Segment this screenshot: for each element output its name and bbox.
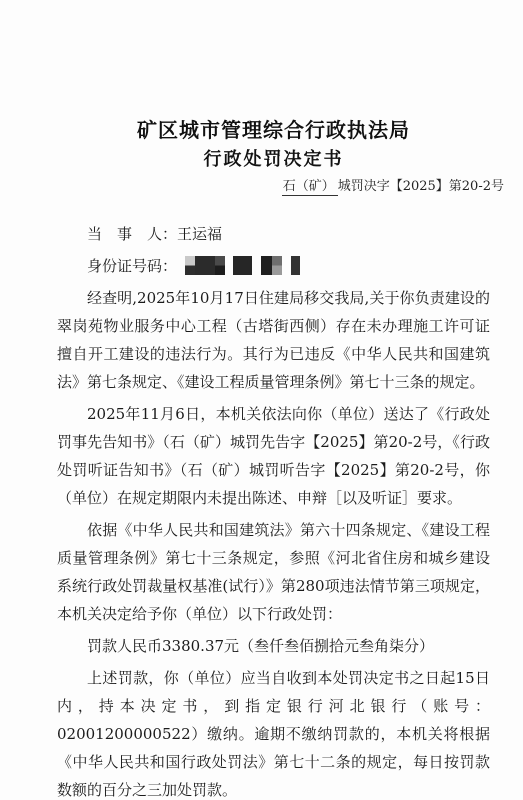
party-line: 当 事 人：王运福 [57,220,490,248]
id-redaction-block [185,256,300,275]
redaction-cell [282,256,291,275]
redaction-cell [272,256,282,275]
penalty-decision-document: 矿区城市管理综合行政执法局 行政处罚决定书 石（矿）城罚决字【2025】第20-… [0,0,523,800]
id-label: 身份证号码： [87,257,177,275]
paragraph-legal-basis: 依据《中华人民共和国建筑法》第六十四条规定、《建设工程质量管理条例》第七十三条规… [57,516,490,628]
paragraph-fine-amount: 罚款人民币3380.37元（叁仟叁佰捌拾元叁角柒分） [57,632,490,660]
id-line: 身份证号码： [57,252,490,280]
redaction-cell [252,256,261,275]
redaction-cell [195,256,215,275]
paragraph-findings: 经查明,2025年10月17日住建局移交我局,关于你负责建设的翠岗苑物业服务中心… [57,284,490,396]
document-number-filled-prefix: 石（矿） [282,179,338,196]
agency-title: 矿区城市管理综合行政执法局 [57,118,490,144]
document-number-rest: 城罚决字【2025】第20-2号 [338,179,504,194]
paragraph-payment-instructions: 上述罚款，你（单位）应当自收到本处罚决定书之日起15日内，持本决定书，到指定银行… [57,664,490,800]
document-number: 石（矿）城罚决字【2025】第20-2号 [57,178,504,196]
redaction-cell [225,256,233,275]
party-label: 当 事 人： [87,225,177,243]
paragraph-notification: 2025年11月6日，本机关依法向你（单位）送达了《行政处罚事先告知书》（石（矿… [57,400,490,512]
party-name: 王运福 [177,225,222,243]
redaction-cell [185,256,195,275]
document-title: 行政处罚决定书 [57,147,490,172]
redaction-cell [215,256,225,275]
document-body: 当 事 人：王运福 身份证号码： 经查明,2025年10月17日住建局移交我局,… [57,220,490,800]
redaction-cell [261,256,272,275]
redaction-cell [291,256,300,275]
redaction-cell [233,256,252,275]
